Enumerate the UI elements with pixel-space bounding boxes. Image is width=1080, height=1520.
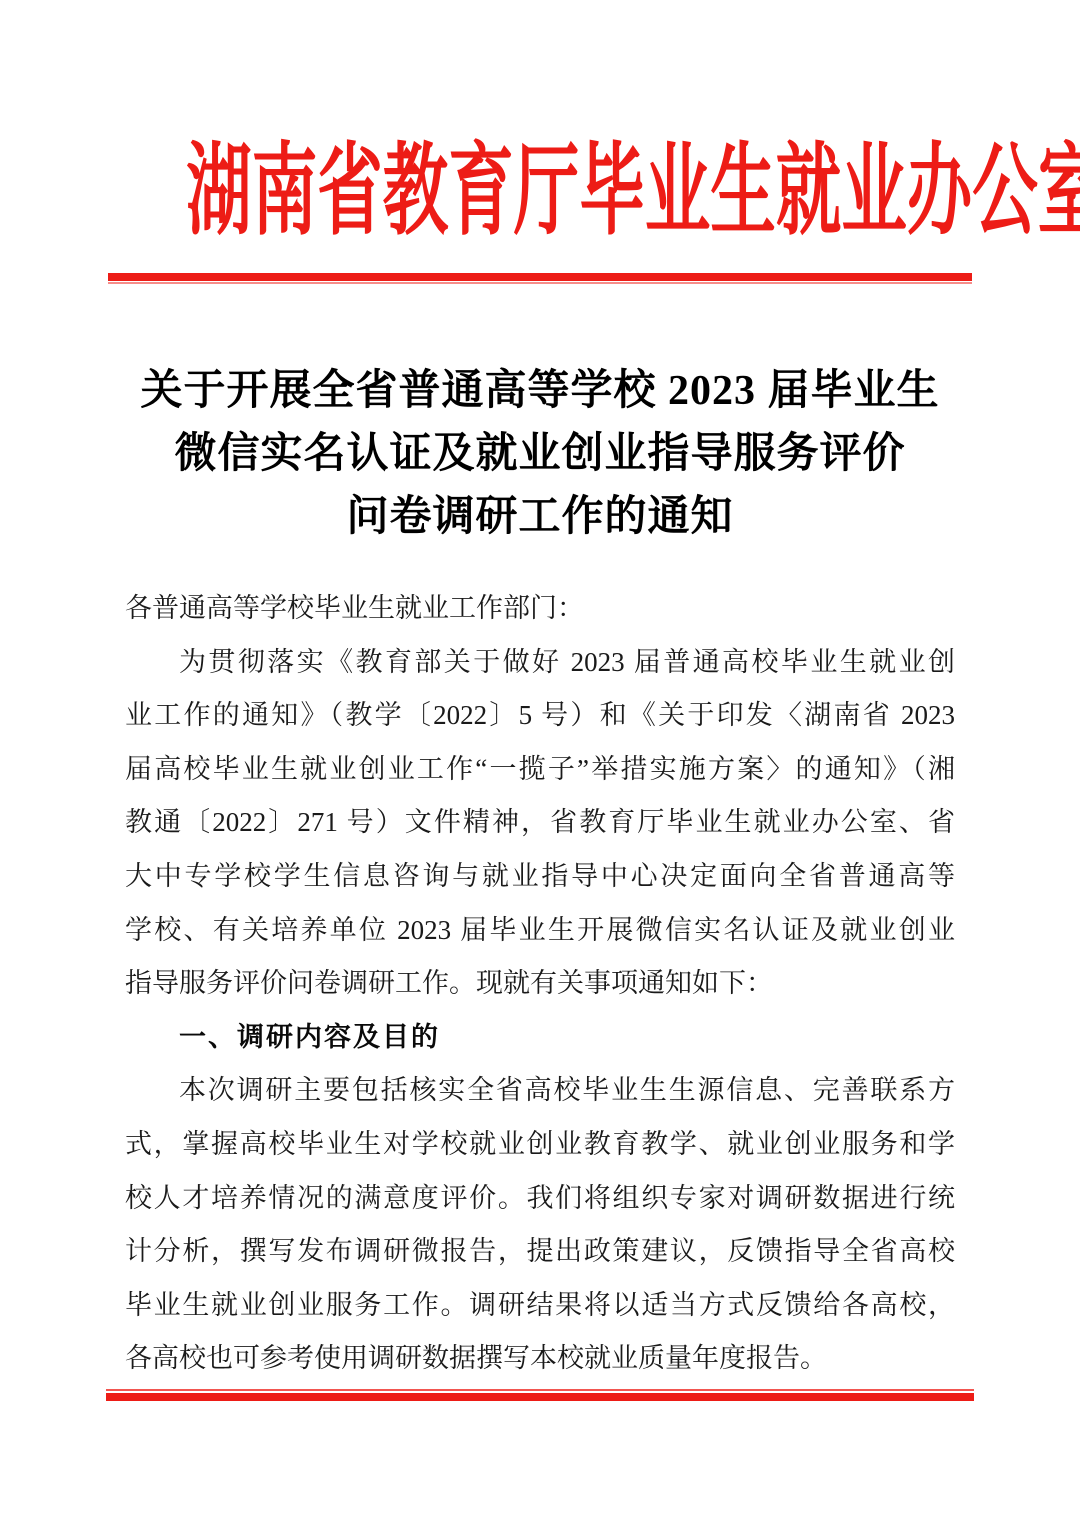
document-title-line: 关于开展全省普通高等学校 2023 届毕业生 [0, 360, 1080, 423]
body-line: 计分析，撰写发布调研微报告，提出政策建议，反馈指导全省高校 [125, 1225, 955, 1279]
body-line: 教通〔2022〕271 号）文件精神，省教育厅毕业生就业办公室、省 [125, 796, 955, 850]
body-line: 学校、有关培养单位 2023 届毕业生开展微信实名认证及就业创业 [125, 904, 955, 958]
document-body: 各普通高等学校毕业生就业工作部门：为贯彻落实《教育部关于做好 2023 届普通高… [125, 582, 955, 1386]
document-title-line: 微信实名认证及就业创业指导服务评价 [0, 423, 1080, 486]
letterhead-separator [108, 273, 972, 284]
footer-separator [106, 1389, 974, 1401]
salutation: 各普通高等学校毕业生就业工作部门： [125, 582, 955, 636]
body-line: 大中专学校学生信息咨询与就业指导中心决定面向全省普通高等 [125, 850, 955, 904]
document-title: 关于开展全省普通高等学校 2023 届毕业生微信实名认证及就业创业指导服务评价问… [0, 360, 1080, 549]
body-line: 届高校毕业生就业创业工作“一揽子”举措实施方案〉的通知》（湘 [125, 743, 955, 797]
body-line: 式，掌握高校毕业生对学校就业创业教育教学、就业创业服务和学 [125, 1118, 955, 1172]
letterhead-org-name: 湖南省教育厅毕业生就业办公室 [186, 136, 893, 248]
separator-thin-rule [106, 1389, 974, 1391]
body-line: 为贯彻落实《教育部关于做好 2023 届普通高校毕业生就业创 [125, 636, 955, 690]
document-page: 湖南省教育厅毕业生就业办公室 关于开展全省普通高等学校 2023 届毕业生微信实… [0, 0, 1080, 1520]
body-line: 业工作的通知》（教学〔2022〕5 号）和《关于印发〈湖南省 2023 [125, 689, 955, 743]
separator-thick-rule [106, 1393, 974, 1401]
separator-thick-rule [108, 273, 972, 281]
document-title-line: 问卷调研工作的通知 [0, 486, 1080, 549]
body-line: 校人才培养情况的满意度评价。我们将组织专家对调研数据进行统 [125, 1172, 955, 1226]
body-line: 各高校也可参考使用调研数据撰写本校就业质量年度报告。 [125, 1332, 955, 1386]
separator-thin-rule [108, 282, 972, 284]
body-line: 毕业生就业创业服务工作。调研结果将以适当方式反馈给各高校， [125, 1279, 955, 1333]
body-line: 指导服务评价问卷调研工作。现就有关事项通知如下： [125, 957, 955, 1011]
body-line: 本次调研主要包括核实全省高校毕业生生源信息、完善联系方 [125, 1064, 955, 1118]
section-heading: 一、调研内容及目的 [125, 1011, 955, 1065]
